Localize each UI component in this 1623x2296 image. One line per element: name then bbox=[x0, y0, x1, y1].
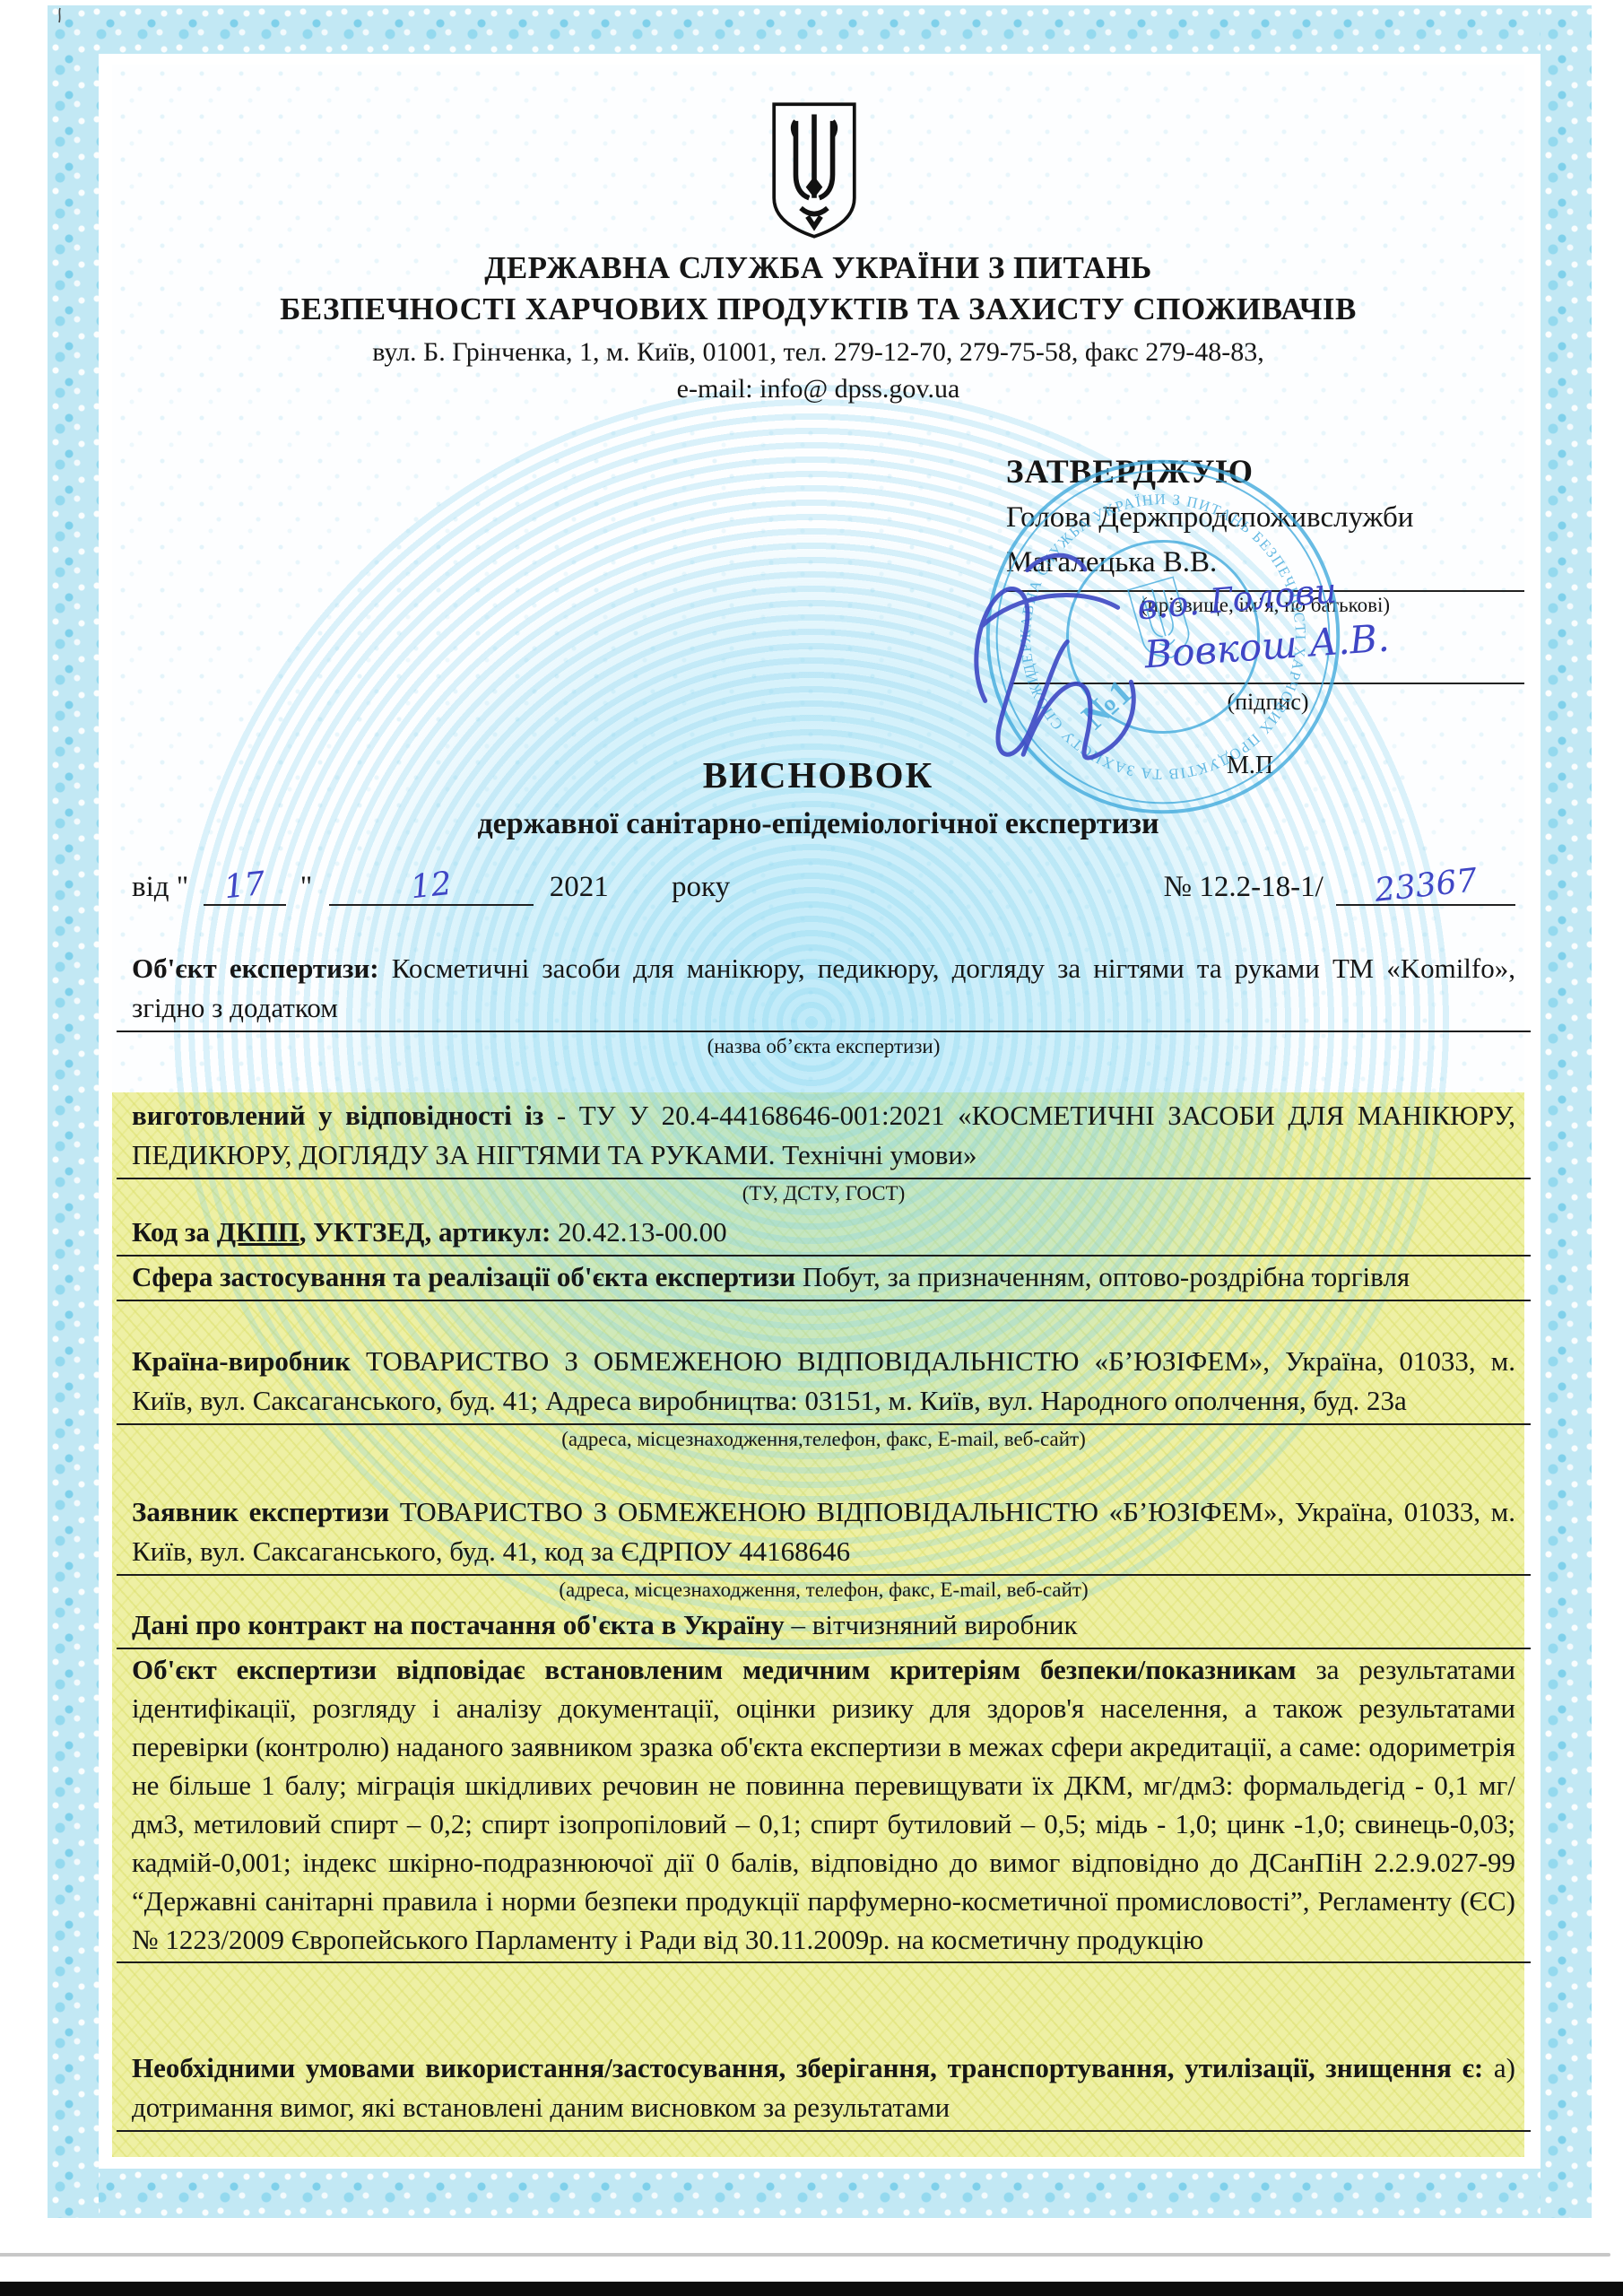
year-word: року bbox=[672, 871, 730, 903]
ukraine-trident-emblem bbox=[764, 99, 864, 242]
applicant-label: Заявник експертизи bbox=[132, 1496, 389, 1527]
object-caption: (назва об’єкта експертизи) bbox=[132, 1034, 1515, 1059]
code-label-dkpp: ДКПП bbox=[217, 1216, 299, 1248]
code-value: 20.42.13-00.00 bbox=[558, 1216, 727, 1248]
manufacturer-caption: (адреса, місцезнаходження,телефон, факс,… bbox=[132, 1427, 1515, 1452]
compliance-text: за результатами ідентифікації, розгляду … bbox=[132, 1654, 1515, 1955]
manufactured-label: виготовлений у відповідності із bbox=[132, 1100, 543, 1131]
quote-open: " bbox=[177, 871, 188, 903]
applicant-caption: (адреса, місцезнаходження, телефон, факс… bbox=[132, 1578, 1515, 1603]
section-manufactured: виготовлений у відповідності із - ТУ У 2… bbox=[132, 1096, 1515, 1206]
date-left: від " 17 " 12 2021 року bbox=[132, 870, 730, 906]
day-underline: 17 bbox=[204, 870, 286, 906]
separator-rule bbox=[117, 1255, 1531, 1257]
section-contract: Дані про контракт на постачання об'єкта … bbox=[132, 1605, 1515, 1649]
separator-rule bbox=[117, 1648, 1531, 1649]
number-right: № 12.2-18-1/ 23367 bbox=[1164, 870, 1515, 906]
contract-label: Дані про контракт на постачання об'єкта … bbox=[132, 1609, 785, 1640]
separator-rule bbox=[117, 1031, 1531, 1032]
contract-text: – вітчизняний виробник bbox=[791, 1609, 1077, 1640]
number-underline: 23367 bbox=[1336, 870, 1515, 906]
section-code: Код за ДКПП, УКТЗЕД, артикул: 20.42.13-0… bbox=[132, 1213, 1515, 1257]
guilloche-border-left bbox=[48, 5, 99, 2218]
code-label-post: , УКТЗЕД, артикул: bbox=[299, 1216, 551, 1248]
paper-bottom-edge bbox=[0, 2253, 1610, 2257]
from-label: від bbox=[132, 871, 169, 903]
guilloche-border-bottom bbox=[48, 2169, 1592, 2218]
agency-name-line1: ДЕРЖАВНА СЛУЖБА УКРАЇНИ З ПИТАНЬ bbox=[112, 248, 1524, 289]
agency-header: ДЕРЖАВНА СЛУЖБА УКРАЇНИ З ПИТАНЬ БЕЗПЕЧН… bbox=[112, 248, 1524, 407]
section-scope: Сфера застосування та реалізації об'єкта… bbox=[132, 1257, 1515, 1301]
year: 2021 bbox=[550, 871, 609, 903]
scope-label: Сфера застосування та реалізації об'єкта… bbox=[132, 1261, 795, 1292]
separator-rule bbox=[117, 1574, 1531, 1576]
date-number-row: від " 17 " 12 2021 року № 12.2-18-1/ 233… bbox=[132, 870, 1515, 906]
guilloche-border-top bbox=[48, 5, 1592, 54]
separator-rule bbox=[117, 1300, 1531, 1301]
handwritten-month: 12 bbox=[409, 868, 453, 905]
section-manufacturer: Країна-виробник ТОВАРИСТВО З ОБМЕЖЕНОЮ В… bbox=[132, 1342, 1515, 1452]
manufactured-caption: (ТУ, ДСТУ, ГОСТ) bbox=[132, 1181, 1515, 1206]
code-label-pre: Код за bbox=[132, 1216, 210, 1248]
agency-address: вул. Б. Грінченка, 1, м. Київ, 01001, те… bbox=[112, 334, 1524, 371]
number-label: № 12.2-18-1/ bbox=[1164, 871, 1324, 903]
separator-rule bbox=[117, 1961, 1531, 1963]
pen-mark bbox=[56, 7, 65, 23]
document-subtitle: державної санітарно-епідеміологічної екс… bbox=[112, 807, 1524, 841]
scanner-background bbox=[0, 2282, 1623, 2296]
separator-rule bbox=[117, 2130, 1531, 2132]
scope-text: Побут, за призначенням, оптово-роздрібна… bbox=[803, 1261, 1410, 1292]
separator-rule bbox=[117, 1423, 1531, 1425]
separator-rule bbox=[117, 1178, 1531, 1179]
section-object: Об'єкт експертизи: Косметичні засоби для… bbox=[132, 949, 1515, 1059]
month-underline: 12 bbox=[329, 870, 534, 906]
conditions-label: Необхідними умовами використання/застосу… bbox=[132, 2052, 1483, 2083]
manufacturer-label: Країна-виробник bbox=[132, 1345, 351, 1377]
section-applicant: Заявник експертизи ТОВАРИСТВО З ОБМЕЖЕНО… bbox=[132, 1492, 1515, 1603]
handwritten-number: 23367 bbox=[1373, 865, 1479, 908]
quote-close: " bbox=[300, 871, 312, 903]
section-conditions: Необхідними умовами використання/застосу… bbox=[132, 2048, 1515, 2132]
guilloche-border-right bbox=[1541, 5, 1592, 2218]
object-label: Об'єкт експертизи: bbox=[132, 952, 379, 984]
compliance-label: Об'єкт експертизи відповідає встановлени… bbox=[132, 1654, 1297, 1685]
agency-email: e-mail: info@ dpss.gov.ua bbox=[112, 371, 1524, 407]
agency-name-line2: БЕЗПЕЧНОСТІ ХАРЧОВИХ ПРОДУКТІВ ТА ЗАХИСТ… bbox=[112, 289, 1524, 330]
section-compliance: Об'єкт експертизи відповідає встановлени… bbox=[132, 1650, 1515, 1963]
certificate-page: ДЕРЖАВНА СЛУЖБА УКРАЇНИ З ПИТАНЬ БЕЗПЕЧН… bbox=[0, 0, 1623, 2296]
handwritten-day: 17 bbox=[222, 868, 266, 905]
